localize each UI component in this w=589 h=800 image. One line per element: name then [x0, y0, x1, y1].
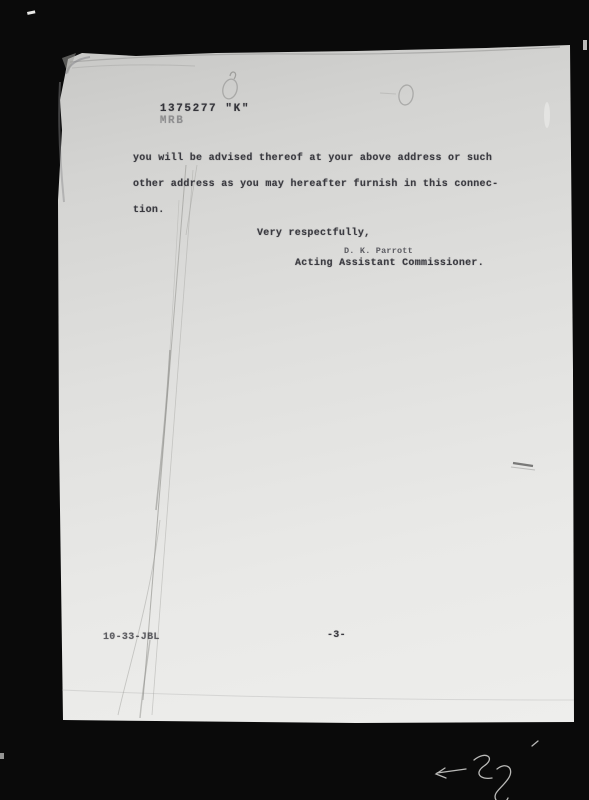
- body-line: you will be advised thereof at your abov…: [133, 153, 492, 165]
- file-number-stamp: 1375277 "K" MRB: [127, 91, 250, 139]
- footer-reference: 10-33-JBL: [103, 632, 160, 644]
- hole-punch-icon: [380, 84, 415, 106]
- page-number: -3-: [327, 630, 346, 642]
- crease-marks: [59, 47, 574, 700]
- smudge-mark: [511, 463, 535, 470]
- body-line: other address as you may hereafter furni…: [133, 179, 498, 191]
- signature-title: Acting Assistant Commissioner.: [295, 258, 484, 270]
- corner-specks: [0, 10, 587, 759]
- scan-artifacts: [0, 0, 589, 800]
- body-line: tion.: [133, 205, 165, 217]
- stamp-initials: MRB: [160, 115, 185, 127]
- light-streak: [544, 102, 550, 128]
- handwritten-squiggle: [436, 741, 538, 800]
- scanned-photo: 1375277 "K" MRB you will be advised ther…: [0, 0, 589, 800]
- signature-name: D. K. Parrott: [344, 245, 413, 257]
- closing-line: Very respectfully,: [257, 228, 370, 240]
- file-number: 1375277 "K": [160, 103, 250, 115]
